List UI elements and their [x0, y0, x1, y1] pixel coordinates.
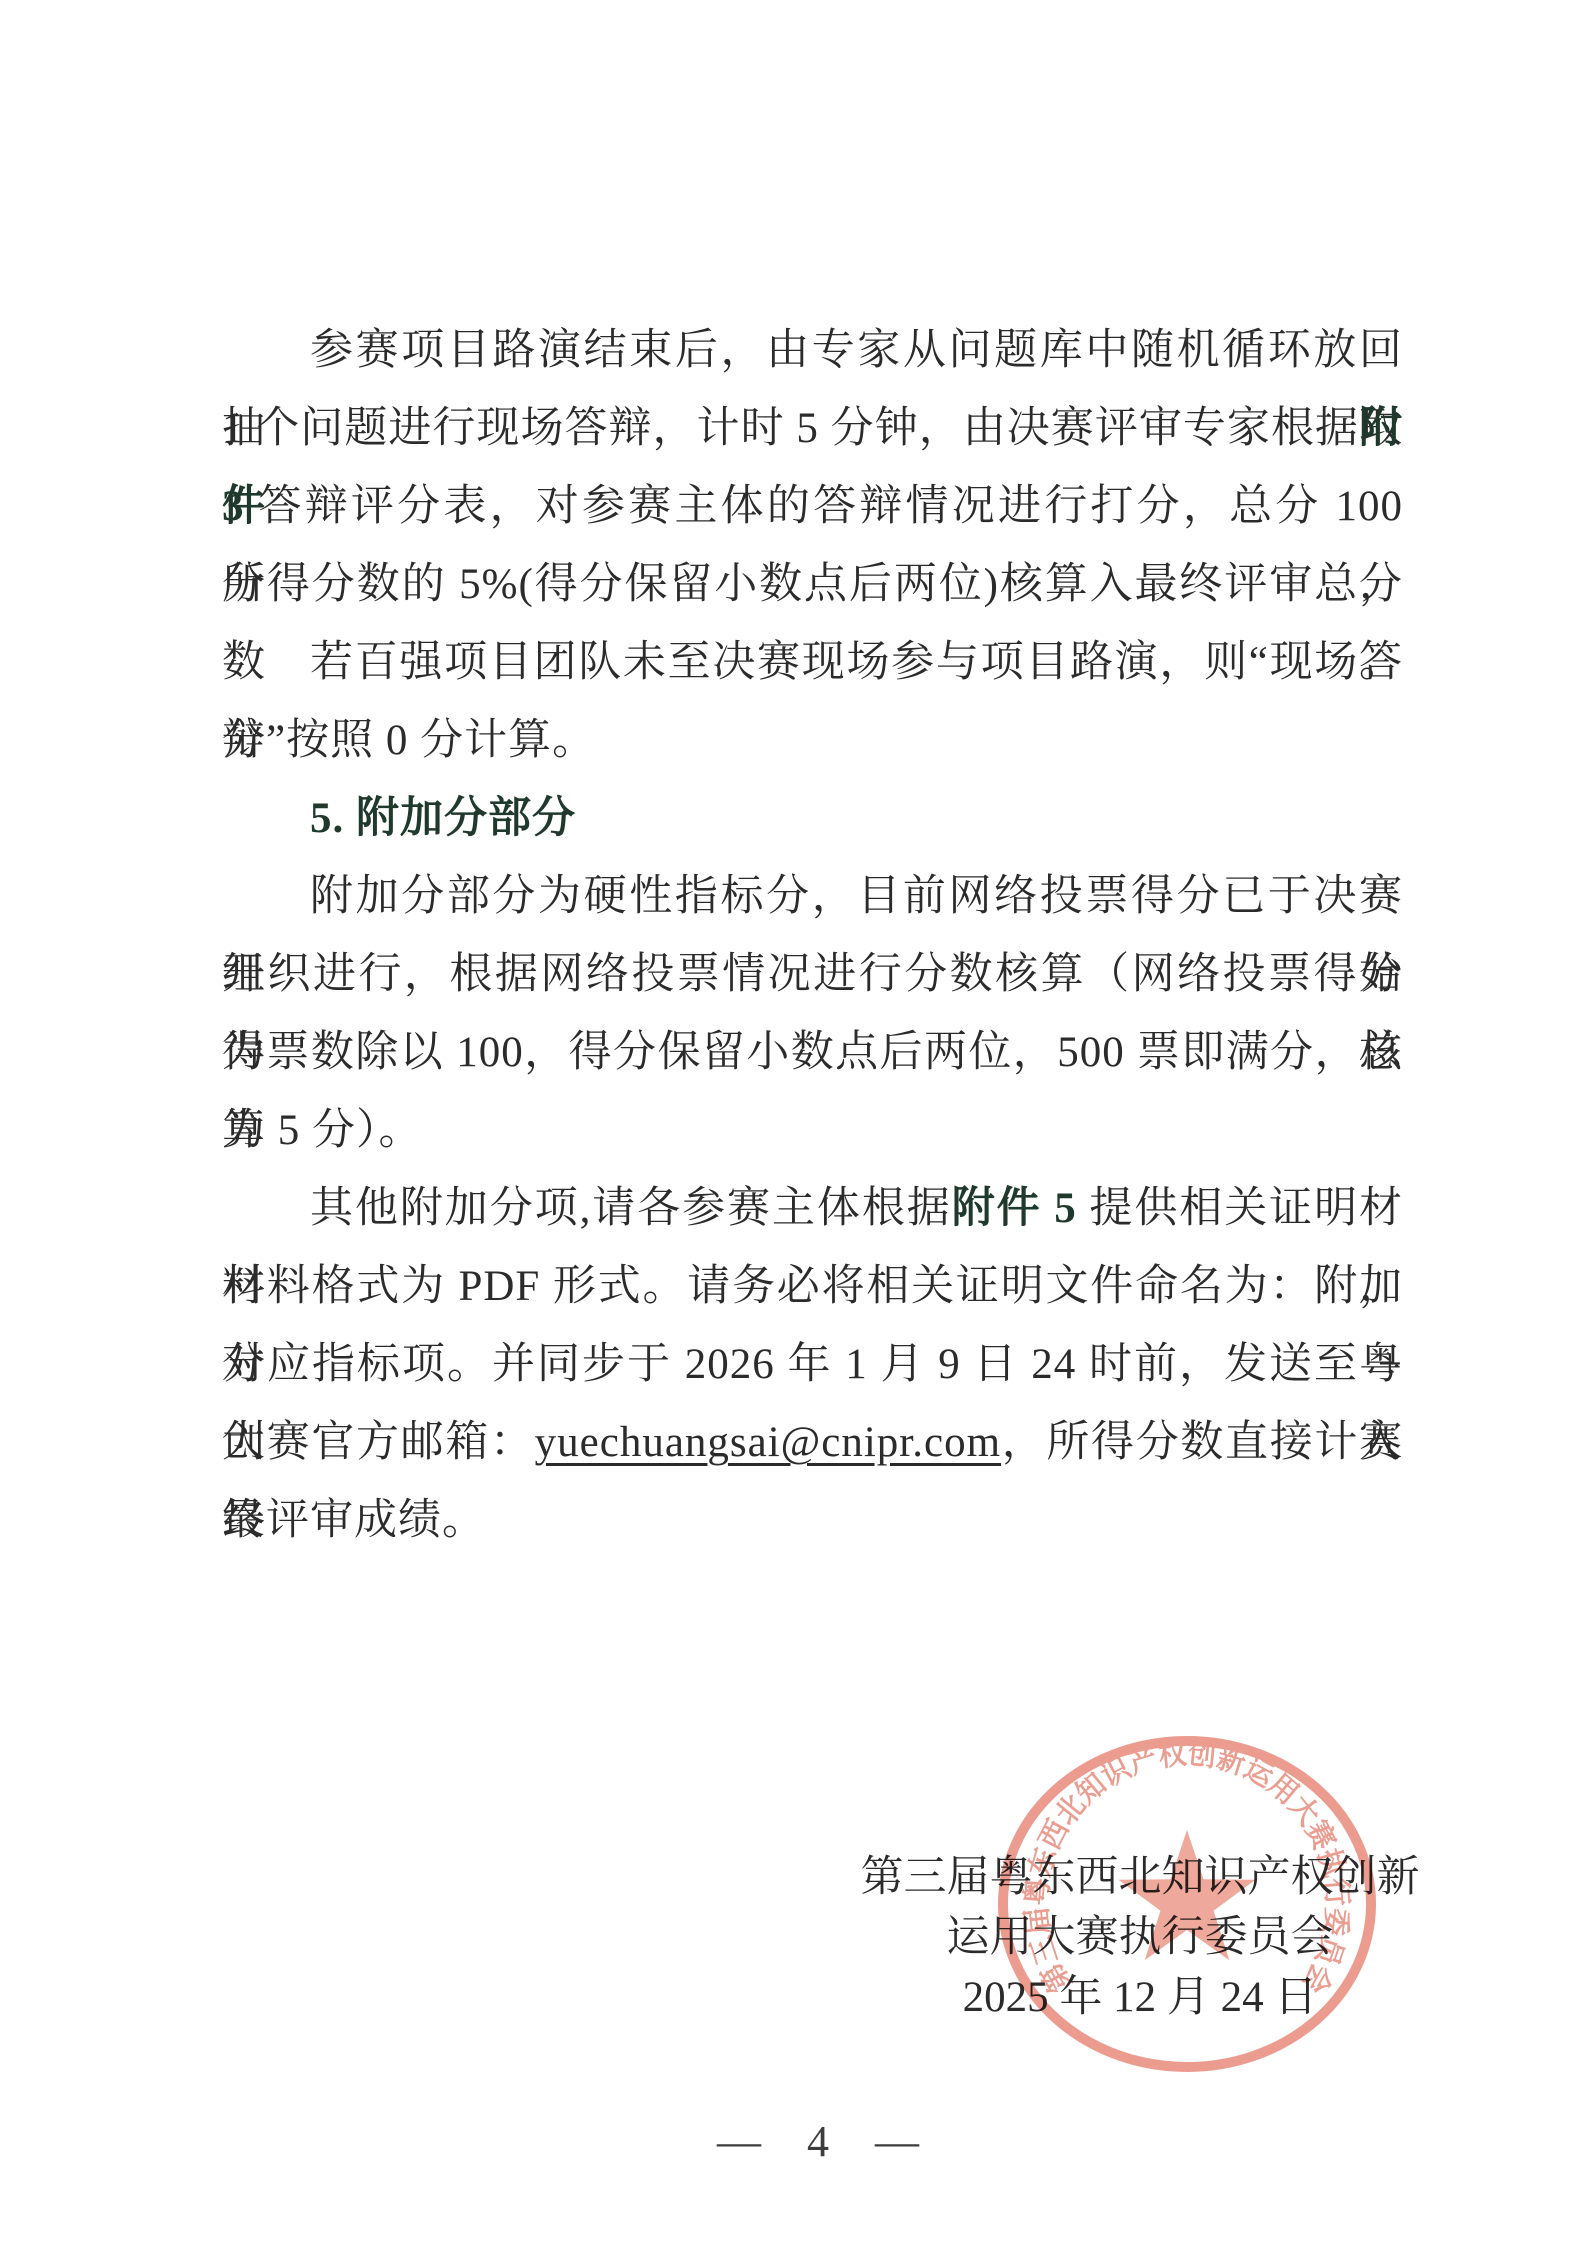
text-line: 其他附加分项,请各参赛主体根据附件 5 提供相关证明材料， [222, 1170, 1403, 1248]
page-footer: — 4 — [717, 2116, 919, 2167]
document-page: 参赛项目路演结束后，由专家从问题库中随机循环放回抽取1 个问题进行现场答辩，计时… [0, 0, 1587, 2245]
document-body: 参赛项目路演结束后，由专家从问题库中随机循环放回抽取1 个问题进行现场答辩，计时… [222, 312, 1403, 1560]
signature-org-line-1: 第三届粤东西北知识产权创新 [840, 1848, 1440, 1908]
text-line: 为 5 分）。 [222, 1092, 1403, 1170]
text-line: 分”按照 0 分计算。 [222, 702, 1403, 780]
footer-dash-left: — [717, 2116, 761, 2167]
text-line: 所得分数的 5%(得分保留小数点后两位)核算入最终评审总分数。 [222, 546, 1403, 624]
text-line: 大赛官方邮箱：yuechuangsai@cnipr.com，所得分数直接计入最 [222, 1404, 1403, 1482]
text-line: 1 个问题进行现场答辩，计时 5 分钟，由决赛评审专家根据附件 [222, 390, 1403, 468]
text-segment: 1 个问题进行现场答辩，计时 5 分钟，由决赛评审专家根据 [222, 405, 1359, 452]
bold-text: 3 [222, 483, 245, 530]
text-line: 终评审成绩。 [222, 1482, 1403, 1560]
text-segment: 大赛官方邮箱： [222, 1419, 535, 1466]
footer-dash-right: — [875, 2116, 919, 2167]
text-segment: 其他附加分项,请各参赛主体根据 [310, 1185, 952, 1232]
text-line: 3 答辩评分表，对参赛主体的答辩情况进行打分，总分 100 分， [222, 468, 1403, 546]
text-segment: 为 5 分）。 [222, 1107, 423, 1154]
text-segment: 分”按照 0 分计算。 [222, 717, 596, 764]
signature-block: 第三届粤东西北知识产权创新 运用大赛执行委员会 2025 年 12 月 24 日 [840, 1848, 1440, 2028]
text-line: 附加分部分为硬性指标分，目前网络投票得分已于决赛开始 [222, 858, 1403, 936]
text-line: 材料格式为 PDF 形式。请务必将相关证明文件命名为：附加分+ [222, 1248, 1403, 1326]
text-line: 组织进行，根据网络投票情况进行分数核算（网络投票得分为总 [222, 936, 1403, 1014]
signature-date: 2025 年 12 月 24 日 [840, 1968, 1440, 2028]
text-line: 若百强项目团队未至决赛现场参与项目路演，则“现场答辩 [222, 624, 1403, 702]
signature-org-line-2: 运用大赛执行委员会 [840, 1908, 1440, 1968]
bold-text: 附件 5 [952, 1185, 1077, 1232]
bold-text: 5. 附加分部分 [310, 795, 576, 842]
page-number: 4 [807, 2116, 829, 2167]
text-segment: 终评审成绩。 [222, 1497, 486, 1544]
heading-line: 5. 附加分部分 [222, 780, 1403, 858]
email-text: yuechuangsai@cnipr.com [535, 1419, 1001, 1466]
text-line: 对应指标项。并同步于 2026 年 1 月 9 日 24 时前，发送至粤创赛 [222, 1326, 1403, 1404]
text-line: 得票数除以 100，得分保留小数点后两位，500 票即满分，核算 [222, 1014, 1403, 1092]
text-line: 参赛项目路演结束后，由专家从问题库中随机循环放回抽取 [222, 312, 1403, 390]
